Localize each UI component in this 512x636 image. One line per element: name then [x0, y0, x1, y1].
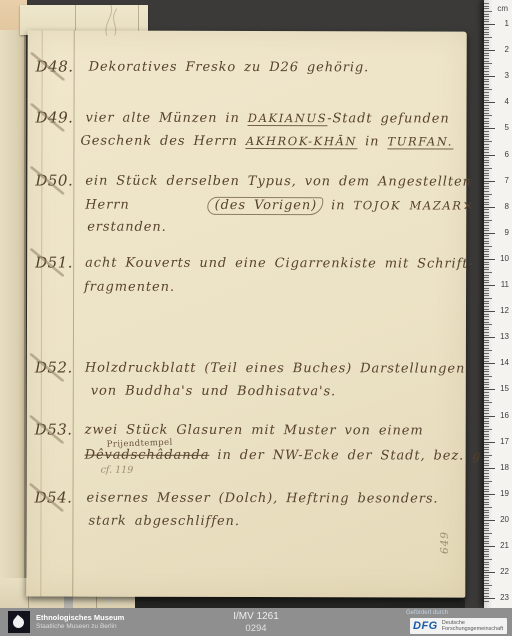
ruler-tick: [484, 400, 489, 401]
ruler-tick: [484, 473, 489, 474]
ruler-tick: [484, 311, 495, 312]
pencil-reference-note: cf. 119: [101, 465, 134, 476]
ruler-tick: [484, 590, 489, 591]
ruler-tick: [484, 556, 489, 557]
ruler-tick: [484, 84, 489, 85]
ruler-tick: [484, 314, 489, 315]
ruler-tick: [484, 293, 489, 294]
ruler-tick: [484, 329, 489, 330]
ruler-tick: [484, 254, 489, 255]
ruler-tick: [484, 309, 489, 310]
dfg-acronym: DFG: [413, 620, 438, 632]
ruler-number: 10: [500, 254, 509, 264]
ruler-tick: [484, 543, 489, 544]
scan-viewport: D48. Dekoratives Fresko zu D26 gehörig. …: [0, 0, 512, 636]
entry-d54-line1: eisernes Messer (Dolch), Heftring besond…: [86, 491, 438, 507]
ruler-tick: [484, 384, 489, 385]
ruler-tick: [484, 27, 489, 28]
ruler-number: 12: [500, 306, 509, 316]
ruler-tick: [484, 517, 489, 518]
ruler-tick: [484, 128, 495, 129]
entry-d49-line2: Geschenk des Herrn AKHROK-KHĀN in TURFAN…: [80, 134, 453, 150]
ruler-tick: [484, 165, 489, 166]
ruler-tick: [484, 530, 489, 531]
ruler-tick: [484, 105, 489, 106]
ruler-tick: [484, 337, 495, 338]
ruler-tick: [484, 102, 495, 103]
ruler-tick: [484, 285, 495, 286]
ruler-tick: [484, 262, 489, 263]
ruler-tick: [484, 520, 495, 521]
ruler-tick: [484, 345, 489, 346]
ruler-tick: [484, 452, 489, 453]
place-name-tojok-mazar: TOJOK MAZAR: [353, 198, 462, 212]
ruler-tick: [484, 408, 489, 409]
ruler-number: 4: [505, 97, 509, 107]
ruler-tick: [484, 251, 489, 252]
ruler-tick: [484, 175, 489, 176]
ruler-tick: [484, 525, 489, 526]
ruler-tick: [484, 478, 489, 479]
ruler-tick: [484, 97, 489, 98]
ruler-tick: [484, 348, 489, 349]
ruler-tick: [484, 259, 495, 260]
ruler-tick: [484, 48, 489, 49]
ruler-tick: [484, 186, 489, 187]
ruler-number: 14: [500, 358, 509, 368]
ruler-tick: [484, 89, 492, 90]
item-number-d49: D49.: [35, 108, 73, 126]
ruler-tick: [484, 230, 489, 231]
ruler-tick: [484, 322, 489, 323]
ruler-tick: [484, 585, 492, 586]
dfg-full-name: Deutsche Forschungsgemeinschaft: [442, 620, 503, 632]
ruler-tick: [484, 392, 489, 393]
ruler-tick: [484, 152, 489, 153]
ruler-tick: [484, 74, 489, 75]
entry-text: Herrn: [85, 198, 129, 213]
ruler-tick: [484, 58, 489, 59]
ruler-tick: [484, 14, 489, 15]
entry-d51-line1: acht Kouverts und eine Cigarrenkiste mit…: [85, 256, 474, 272]
ruler-tick: [484, 204, 489, 205]
ruler-tick: [484, 358, 489, 359]
ruler-tick: [484, 538, 489, 539]
ruler-tick: [484, 196, 489, 197]
ruler-tick: [484, 572, 495, 573]
entry-text: vier alte Münzen in: [85, 111, 247, 126]
ruler-tick: [484, 141, 492, 142]
ruler-tick: [484, 366, 489, 367]
ruler-tick: [484, 209, 489, 210]
ruler-number: 7: [505, 176, 509, 186]
entry-text: in der NW-Ecke der Stadt, bez. g.: [209, 448, 486, 464]
ruler-tick: [484, 87, 489, 88]
ruler-tick: [484, 580, 489, 581]
ruler-tick: [484, 507, 492, 508]
ruler-tick: [484, 491, 489, 492]
ruler-tick: [484, 110, 489, 111]
ruler-tick: [484, 324, 492, 325]
ruler-tick: [484, 588, 489, 589]
ruler-tick: [484, 76, 495, 77]
ruler-tick: [484, 53, 489, 54]
ruler-tick: [484, 113, 489, 114]
ruler-tick: [484, 395, 489, 396]
ruler-tick: [484, 233, 495, 234]
ruler-tick: [484, 449, 489, 450]
ruler-tick: [484, 494, 495, 495]
ruler-tick: [484, 16, 489, 17]
ruler-tick: [484, 418, 489, 419]
ruler-tick: [484, 162, 489, 163]
ruler-tick: [484, 256, 489, 257]
ruler-number: 11: [501, 280, 509, 290]
ruler-tick: [484, 34, 489, 35]
ruler-number: 1: [505, 19, 509, 29]
ruler-tick: [484, 489, 489, 490]
ruler-tick: [484, 280, 489, 281]
ruler-tick: [484, 243, 489, 244]
entry-d50-line2: Herrn(des Vorigen) in TOJOK MAZAR×: [85, 197, 474, 216]
ruler-tick: [484, 421, 489, 422]
ruler-tick: [484, 468, 495, 469]
ruler: cm 1234567891011121314151617181920212223: [484, 0, 512, 608]
ruler-tick: [484, 319, 489, 320]
ruler-number: 23: [500, 593, 509, 603]
ruler-tick: [484, 455, 492, 456]
ruler-tick: [484, 371, 489, 372]
ruler-tick: [484, 340, 489, 341]
ruler-tick: [484, 444, 489, 445]
ruler-tick: [484, 275, 489, 276]
ruler-number: 3: [505, 71, 509, 81]
entry-d51-line2: fragmenten.: [84, 280, 175, 295]
ruler-tick: [484, 439, 489, 440]
ruler-tick: [484, 465, 489, 466]
ruler-tick: [484, 596, 489, 597]
ruler-tick: [484, 178, 489, 179]
ruler-tick: [484, 194, 492, 195]
entry-text: in: [323, 198, 353, 213]
item-number-d48: D48.: [36, 57, 74, 75]
ruler-tick: [484, 423, 489, 424]
ruler-tick: [484, 108, 489, 109]
ruler-tick: [484, 457, 489, 458]
ruler-tick: [484, 207, 495, 208]
ruler-tick: [484, 567, 489, 568]
ruler-number: 13: [500, 332, 509, 342]
ruler-tick: [484, 228, 489, 229]
ruler-tick: [484, 601, 489, 602]
ruler-tick: [484, 523, 489, 524]
item-number-d54: D54.: [34, 488, 72, 506]
ruler-tick: [484, 277, 489, 278]
ruler-number: 2: [505, 45, 509, 55]
ruler-tick: [484, 447, 489, 448]
item-number-d53: D53.: [35, 420, 73, 438]
ruler-tick: [484, 436, 489, 437]
ruler-tick: [484, 37, 492, 38]
folio-number-vertical: 649: [439, 531, 451, 554]
place-name-turfan: TURFAN.: [387, 134, 453, 149]
ruler-tick: [484, 426, 489, 427]
ruler-tick: [484, 269, 489, 270]
ruler-tick: [484, 249, 489, 250]
ruler-tick: [484, 442, 495, 443]
ruler-tick: [484, 577, 489, 578]
ruler-tick: [484, 238, 489, 239]
ruler-tick: [484, 301, 489, 302]
ruler-tick: [484, 316, 489, 317]
ruler-tick: [484, 510, 489, 511]
ruler-tick: [484, 402, 492, 403]
ruler-tick: [484, 528, 489, 529]
ruler-tick: [484, 32, 489, 33]
person-name-akhrok-khan: AKHROK-KHĀN: [246, 134, 357, 149]
ruler-tick: [484, 598, 495, 599]
ruler-tick: [484, 295, 489, 296]
entry-d50-line1: ein Stück derselben Typus, von dem Anges…: [85, 174, 472, 190]
ruler-number: 16: [500, 411, 509, 421]
ruler-tick: [484, 235, 489, 236]
ruler-tick: [484, 429, 492, 430]
ruler-tick: [484, 410, 489, 411]
entry-text: in: [357, 134, 387, 149]
entry-d52-line1: Holzdruckblatt (Teil eines Buches) Darst…: [85, 361, 465, 377]
ruler-tick: [484, 246, 492, 247]
funding-label: Gefördert durch: [406, 610, 448, 616]
ruler-tick: [484, 95, 489, 96]
ruler-tick: [484, 356, 489, 357]
entry-d53-line1: zwei Stück Glasuren mit Muster von einem: [85, 423, 424, 439]
ruler-tick: [484, 541, 489, 542]
ruler-tick: [484, 551, 489, 552]
place-name-dakianus: DAKIANUS: [248, 111, 327, 126]
ruler-tick: [484, 486, 489, 487]
ruler-tick: [484, 476, 489, 477]
ruler-tick: [484, 68, 489, 69]
ruler-tick: [484, 335, 489, 336]
ruler-tick: [484, 504, 489, 505]
ruler-tick: [484, 191, 489, 192]
ruler-number: 15: [500, 384, 509, 394]
ruler-tick: [484, 502, 489, 503]
ruler-tick: [484, 382, 489, 383]
ruler-tick: [484, 363, 495, 364]
ruler-tick: [484, 303, 489, 304]
ruler-tick: [484, 188, 489, 189]
ruler-tick: [484, 24, 495, 25]
ruler-tick: [484, 463, 489, 464]
ruler-number: 9: [505, 228, 509, 238]
ruler-tick: [484, 6, 489, 7]
ruler-tick: [484, 361, 489, 362]
ruler-tick: [484, 139, 489, 140]
ruler-tick: [484, 29, 489, 30]
ruler-tick: [484, 272, 492, 273]
ruler-tick: [484, 217, 489, 218]
ruler-tick: [484, 496, 489, 497]
entry-d49-line1: vier alte Münzen in DAKIANUS-Stadt gefun…: [85, 111, 449, 127]
entry-d48-line1: Dekoratives Fresko zu D26 gehörig.: [89, 60, 370, 76]
ruler-number: 17: [500, 437, 509, 447]
entry-d53-line2: Dêvadschâdanda in der NW-Ecke der Stadt,…: [85, 448, 487, 464]
ruler-tick: [484, 121, 489, 122]
ruler-number: 18: [500, 463, 509, 473]
ruler-tick: [484, 134, 489, 135]
ruler-tick: [484, 55, 489, 56]
ruler-number: 5: [505, 123, 509, 133]
ruler-tick: [484, 562, 489, 563]
entry-d50-line3: erstanden.: [87, 220, 166, 235]
item-number-d51: D51.: [35, 253, 73, 271]
ruler-tick: [484, 350, 492, 351]
ruler-tick: [484, 225, 489, 226]
book-page-stack-left: [0, 0, 26, 608]
ruler-tick: [484, 549, 489, 550]
ruler-tick: [484, 40, 489, 41]
ruler-tick: [484, 11, 492, 12]
ruler-tick: [484, 387, 489, 388]
struck-word: Dêvadschâdanda: [85, 448, 210, 463]
ruler-tick: [484, 267, 489, 268]
digitization-footer: Ethnologisches Museum Staatliche Museen …: [0, 608, 512, 636]
ruler-tick: [484, 147, 489, 148]
ruler-tick: [484, 431, 489, 432]
ruler-tick: [484, 21, 489, 22]
ruler-tick: [484, 288, 489, 289]
ruler-tick: [484, 181, 495, 182]
ruler-number: 6: [505, 150, 509, 160]
ruler-tick: [484, 564, 489, 565]
ruler-tick: [484, 215, 489, 216]
ruler-tick: [484, 512, 489, 513]
ruler-tick: [484, 144, 489, 145]
ruler-tick: [484, 123, 489, 124]
ruler-tick: [484, 155, 495, 156]
ruler-tick: [484, 327, 489, 328]
ruler-tick: [484, 241, 489, 242]
ruler-tick: [484, 157, 489, 158]
ruler-tick: [484, 593, 489, 594]
ruler-tick: [484, 199, 489, 200]
ruler-tick: [484, 202, 489, 203]
ruler-tick: [484, 397, 489, 398]
ruler-tick: [484, 342, 489, 343]
ruler-tick: [484, 92, 489, 93]
ruler-tick: [484, 42, 489, 43]
ruler-tick: [484, 3, 489, 4]
ruler-tick: [484, 416, 495, 417]
ruler-tick: [484, 183, 489, 184]
page-edge-scribble: [93, 3, 133, 37]
ruler-tick: [484, 533, 492, 534]
ruler-tick: [484, 332, 489, 333]
ruler-tick: [484, 63, 492, 64]
ruler-tick: [484, 405, 489, 406]
ruler-tick: [484, 460, 489, 461]
ruler-tick: [484, 71, 489, 72]
ruler-number: 19: [500, 489, 509, 499]
entry-d54-line2: stark abgeschliffen.: [88, 514, 239, 529]
ruler-tick: [484, 168, 492, 169]
ruler-tick: [484, 536, 489, 537]
ruler-tick: [484, 290, 489, 291]
ruler-tick: [484, 306, 489, 307]
ruler-tick: [484, 160, 489, 161]
ruler-tick: [484, 515, 489, 516]
ruler-tick: [484, 559, 492, 560]
ruler-tick: [484, 298, 492, 299]
ruler-tick: [484, 264, 489, 265]
ruler-tick: [484, 570, 489, 571]
ruler-tick: [484, 470, 489, 471]
ruler-tick: [484, 115, 492, 116]
ruler-tick: [484, 583, 489, 584]
ruler-tick: [484, 50, 495, 51]
ruler-tick: [484, 374, 489, 375]
ruler-tick: [484, 483, 489, 484]
ruler-tick: [484, 353, 489, 354]
ruler-tick: [484, 118, 489, 119]
ruler-tick: [484, 19, 489, 20]
ruler-tick: [484, 434, 489, 435]
ruler-tick: [484, 126, 489, 127]
notebook-page: D48. Dekoratives Fresko zu D26 gehörig. …: [26, 30, 466, 597]
dfg-logo: DFG Deutsche Forschungsgemeinschaft: [410, 618, 507, 634]
ruler-tick: [484, 173, 489, 174]
ruler-number: 21: [500, 541, 509, 551]
ruler-tick: [484, 45, 489, 46]
ruler-tick: [484, 481, 492, 482]
ruler-number: 8: [505, 202, 509, 212]
ruler-unit-label: cm: [497, 4, 508, 13]
insertion-mark: ×: [462, 199, 474, 214]
ruler-tick: [484, 8, 489, 9]
entry-text: Geschenk des Herrn: [80, 134, 245, 149]
ruler-tick: [484, 376, 492, 377]
ruler-tick: [484, 220, 492, 221]
ruler-tick: [484, 554, 489, 555]
ruler-tick: [484, 61, 489, 62]
ruler-number: 20: [500, 515, 509, 525]
ruler-tick: [484, 413, 489, 414]
entry-d52-line2: von Buddha's und Bodhisatva's.: [91, 384, 336, 400]
ruler-tick: [484, 212, 489, 213]
ruler-tick: [484, 136, 489, 137]
ruler-tick: [484, 66, 489, 67]
ruler-tick: [484, 379, 489, 380]
ruler-tick: [484, 81, 489, 82]
ruler-tick: [484, 131, 489, 132]
ruler-tick: [484, 546, 495, 547]
entry-text: -Stadt gefunden: [327, 111, 449, 126]
ruler-tick: [484, 575, 489, 576]
ruler-tick: [484, 170, 489, 171]
ruler-tick: [484, 100, 489, 101]
ruler-tick: [484, 222, 489, 223]
item-number-d50: D50.: [35, 171, 73, 189]
inserted-phrase: (des Vorigen): [208, 197, 323, 215]
ruler-tick: [484, 499, 489, 500]
ruler-tick: [484, 282, 489, 283]
ruler-tick: [484, 149, 489, 150]
item-number-d52: D52.: [35, 358, 73, 376]
ruler-tick: [484, 389, 495, 390]
ruler-tick: [484, 79, 489, 80]
ruler-number: 22: [500, 567, 509, 577]
